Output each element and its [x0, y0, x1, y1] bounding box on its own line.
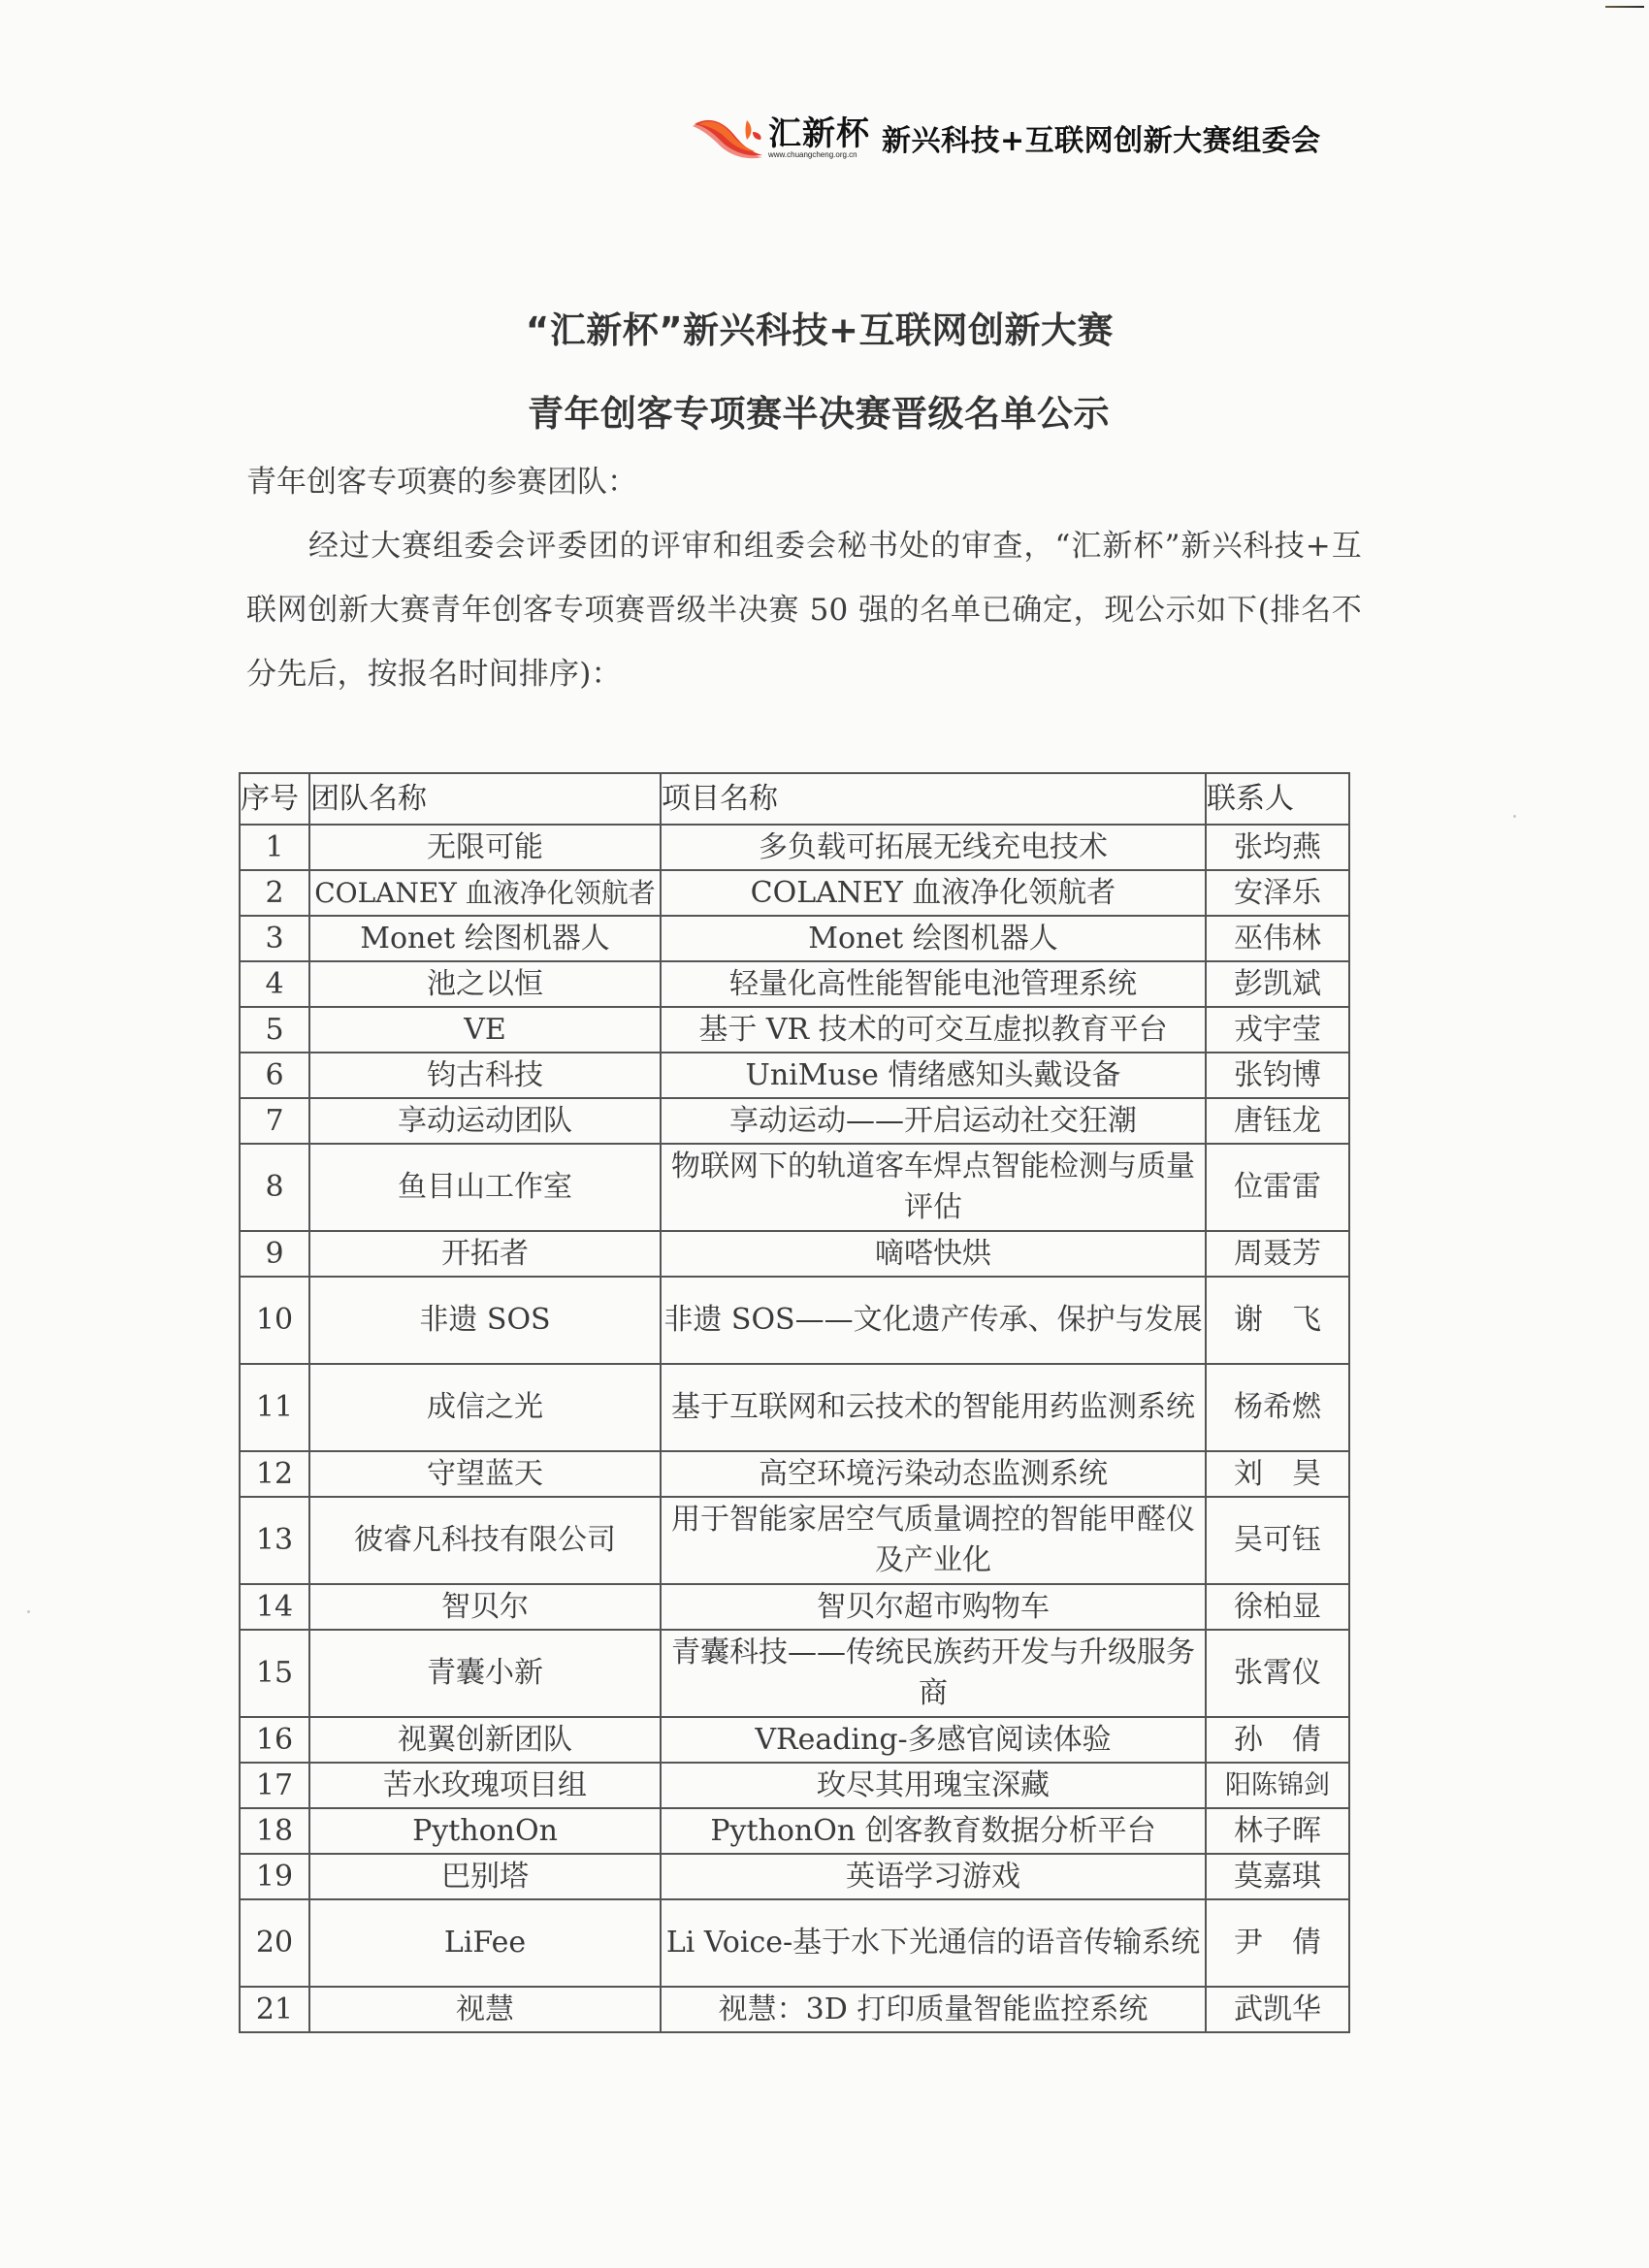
table-row: 19 巴别塔 英语学习游戏 莫嘉琪 [240, 1854, 1349, 1899]
greeting: 青年创客专项赛的参赛团队： [246, 450, 1362, 514]
project-name: PythonOn 创客教育数据分析平台 [661, 1808, 1206, 1854]
project-name: 嘀嗒快烘 [661, 1231, 1206, 1277]
team-name: LiFee [309, 1899, 661, 1987]
row-number: 15 [240, 1630, 309, 1717]
row-number: 13 [240, 1497, 309, 1584]
table-row: 6 钧古科技 UniMuse 情绪感知头戴设备 张钧博 [240, 1053, 1349, 1098]
team-name: 苦水玫瑰项目组 [309, 1763, 661, 1808]
contact-person: 位雷雷 [1206, 1144, 1349, 1231]
team-name: 非遗 SOS [309, 1277, 661, 1364]
row-number: 4 [240, 961, 309, 1007]
row-number: 20 [240, 1899, 309, 1987]
table-row: 11 成信之光 基于互联网和云技术的智能用药监测系统 杨希燃 [240, 1364, 1349, 1451]
table-row: 13 彼睿凡科技有限公司 用于智能家居空气质量调控的智能甲醛仪及产业化 吴可钰 [240, 1497, 1349, 1584]
scan-artifact-mark [1605, 6, 1644, 8]
contact-person: 杨希燃 [1206, 1364, 1349, 1451]
project-name: 多负载可拓展无线充电技术 [661, 825, 1206, 870]
table-row: 12 守望蓝天 高空环境污染动态监测系统 刘 昊 [240, 1451, 1349, 1497]
letterhead: 汇新杯 www.chuangcheng.org.cn 新兴科技+互联网创新大赛组… [691, 109, 1321, 167]
row-number: 6 [240, 1053, 309, 1098]
logo-brand-name: 汇新杯 [768, 116, 870, 151]
contact-person: 张霄仪 [1206, 1630, 1349, 1717]
project-name: Monet 绘图机器人 [661, 916, 1206, 961]
organizer-name: 新兴科技+互联网创新大赛组委会 [882, 116, 1321, 159]
project-name: 智贝尔超市购物车 [661, 1584, 1206, 1630]
table-row: 7 享动运动团队 享动运动——开启运动社交狂潮 唐钰龙 [240, 1098, 1349, 1144]
header-contact: 联系人 [1206, 773, 1349, 825]
project-name: 用于智能家居空气质量调控的智能甲醛仪及产业化 [661, 1497, 1206, 1584]
project-name: 非遗 SOS——文化遗产传承、保护与发展 [661, 1277, 1206, 1364]
document-title: “汇新杯”新兴科技+互联网创新大赛 [0, 301, 1644, 353]
row-number: 1 [240, 825, 309, 870]
row-number: 3 [240, 916, 309, 961]
project-name: 轻量化高性能智能电池管理系统 [661, 961, 1206, 1007]
table-row: 1 无限可能 多负载可拓展无线充电技术 张均燕 [240, 825, 1349, 870]
project-name: Li Voice-基于水下光通信的语音传输系统 [661, 1899, 1206, 1987]
contact-person: 武凯华 [1206, 1987, 1349, 2032]
team-name: 视翼创新团队 [309, 1717, 661, 1763]
row-number: 12 [240, 1451, 309, 1497]
contact-person: 林子晖 [1206, 1808, 1349, 1854]
row-number: 17 [240, 1763, 309, 1808]
project-name: 高空环境污染动态监测系统 [661, 1451, 1206, 1497]
table-row: 17 苦水玫瑰项目组 玫尽其用瑰宝深藏 阳陈锦剑 [240, 1763, 1349, 1808]
contact-person: 巫伟林 [1206, 916, 1349, 961]
row-number: 16 [240, 1717, 309, 1763]
project-name: 享动运动——开启运动社交狂潮 [661, 1098, 1206, 1144]
project-name: 英语学习游戏 [661, 1854, 1206, 1899]
project-name: VReading-多感官阅读体验 [661, 1717, 1206, 1763]
team-name: Monet 绘图机器人 [309, 916, 661, 961]
table-row: 2 COLANEY 血液净化领航者 COLANEY 血液净化领航者 安泽乐 [240, 870, 1349, 916]
table-row: 18 PythonOn PythonOn 创客教育数据分析平台 林子晖 [240, 1808, 1349, 1854]
team-name: 无限可能 [309, 825, 661, 870]
semifinalist-table: 序号 团队名称 项目名称 联系人 1 无限可能 多负载可拓展无线充电技术 张均燕… [239, 772, 1350, 2033]
row-number: 5 [240, 1007, 309, 1053]
announcement-paragraph: 经过大赛组委会评委团的评审和组委会秘书处的审查，“汇新杯”新兴科技+互联网创新大… [246, 514, 1362, 706]
row-number: 21 [240, 1987, 309, 2032]
table-row: 5 VE 基于 VR 技术的可交互虚拟教育平台 戎宇莹 [240, 1007, 1349, 1053]
flame-logo-icon [691, 113, 766, 163]
header-number: 序号 [240, 773, 309, 825]
row-number: 2 [240, 870, 309, 916]
project-name: UniMuse 情绪感知头戴设备 [661, 1053, 1206, 1098]
contact-person: 彭凯斌 [1206, 961, 1349, 1007]
table-row: 14 智贝尔 智贝尔超市购物车 徐柏显 [240, 1584, 1349, 1630]
row-number: 9 [240, 1231, 309, 1277]
scan-artifact-dot [1513, 815, 1516, 818]
team-name: 池之以恒 [309, 961, 661, 1007]
project-name: 视慧：3D 打印质量智能监控系统 [661, 1987, 1206, 2032]
table-row: 20 LiFee Li Voice-基于水下光通信的语音传输系统 尹 倩 [240, 1899, 1349, 1987]
row-number: 14 [240, 1584, 309, 1630]
contact-person: 吴可钰 [1206, 1497, 1349, 1584]
row-number: 18 [240, 1808, 309, 1854]
logo-url: www.chuangcheng.org.cn [768, 150, 870, 160]
team-name: 成信之光 [309, 1364, 661, 1451]
table-row: 10 非遗 SOS 非遗 SOS——文化遗产传承、保护与发展 谢 飞 [240, 1277, 1349, 1364]
project-name: 基于 VR 技术的可交互虚拟教育平台 [661, 1007, 1206, 1053]
team-name: 智贝尔 [309, 1584, 661, 1630]
contact-person: 刘 昊 [1206, 1451, 1349, 1497]
row-number: 8 [240, 1144, 309, 1231]
team-name: 彼睿凡科技有限公司 [309, 1497, 661, 1584]
table-row: 15 青囊小新 青囊科技——传统民族药开发与升级服务商 张霄仪 [240, 1630, 1349, 1717]
table-row: 16 视翼创新团队 VReading-多感官阅读体验 孙 倩 [240, 1717, 1349, 1763]
row-number: 19 [240, 1854, 309, 1899]
header-project-name: 项目名称 [661, 773, 1206, 825]
team-name: PythonOn [309, 1808, 661, 1854]
team-name: 巴别塔 [309, 1854, 661, 1899]
table-row: 21 视慧 视慧：3D 打印质量智能监控系统 武凯华 [240, 1987, 1349, 2032]
header-team-name: 团队名称 [309, 773, 661, 825]
team-name: 享动运动团队 [309, 1098, 661, 1144]
team-name: COLANEY 血液净化领航者 [309, 870, 661, 916]
team-name: 守望蓝天 [309, 1451, 661, 1497]
team-name: 钧古科技 [309, 1053, 661, 1098]
contact-person: 尹 倩 [1206, 1899, 1349, 1987]
table-row: 4 池之以恒 轻量化高性能智能电池管理系统 彭凯斌 [240, 961, 1349, 1007]
team-name: 鱼目山工作室 [309, 1144, 661, 1231]
project-name: 玫尽其用瑰宝深藏 [661, 1763, 1206, 1808]
contact-person: 张钧博 [1206, 1053, 1349, 1098]
project-name: 物联网下的轨道客车焊点智能检测与质量评估 [661, 1144, 1206, 1231]
row-number: 10 [240, 1277, 309, 1364]
table-row: 3 Monet 绘图机器人 Monet 绘图机器人 巫伟林 [240, 916, 1349, 961]
contact-person: 张均燕 [1206, 825, 1349, 870]
project-name: 青囊科技——传统民族药开发与升级服务商 [661, 1630, 1206, 1717]
team-name: 开拓者 [309, 1231, 661, 1277]
team-name: 视慧 [309, 1987, 661, 2032]
contact-person: 唐钰龙 [1206, 1098, 1349, 1144]
contact-person: 周聂芳 [1206, 1231, 1349, 1277]
contact-person: 阳陈锦剑 [1206, 1763, 1349, 1808]
scan-artifact-dot [27, 1610, 30, 1613]
project-name: COLANEY 血液净化领航者 [661, 870, 1206, 916]
contact-person: 安泽乐 [1206, 870, 1349, 916]
contact-person: 莫嘉琪 [1206, 1854, 1349, 1899]
team-name: VE [309, 1007, 661, 1053]
team-name: 青囊小新 [309, 1630, 661, 1717]
table-header-row: 序号 团队名称 项目名称 联系人 [240, 773, 1349, 825]
table-row: 9 开拓者 嘀嗒快烘 周聂芳 [240, 1231, 1349, 1277]
table-row: 8 鱼目山工作室 物联网下的轨道客车焊点智能检测与质量评估 位雷雷 [240, 1144, 1349, 1231]
contact-person: 徐柏显 [1206, 1584, 1349, 1630]
contact-person: 孙 倩 [1206, 1717, 1349, 1763]
document-subtitle: 青年创客专项赛半决赛晋级名单公示 [0, 384, 1643, 437]
contact-person: 谢 飞 [1206, 1277, 1349, 1364]
contact-person: 戎宇莹 [1206, 1007, 1349, 1053]
project-name: 基于互联网和云技术的智能用药监测系统 [661, 1364, 1206, 1451]
row-number: 7 [240, 1098, 309, 1144]
row-number: 11 [240, 1364, 309, 1451]
logo: 汇新杯 www.chuangcheng.org.cn [691, 113, 870, 163]
